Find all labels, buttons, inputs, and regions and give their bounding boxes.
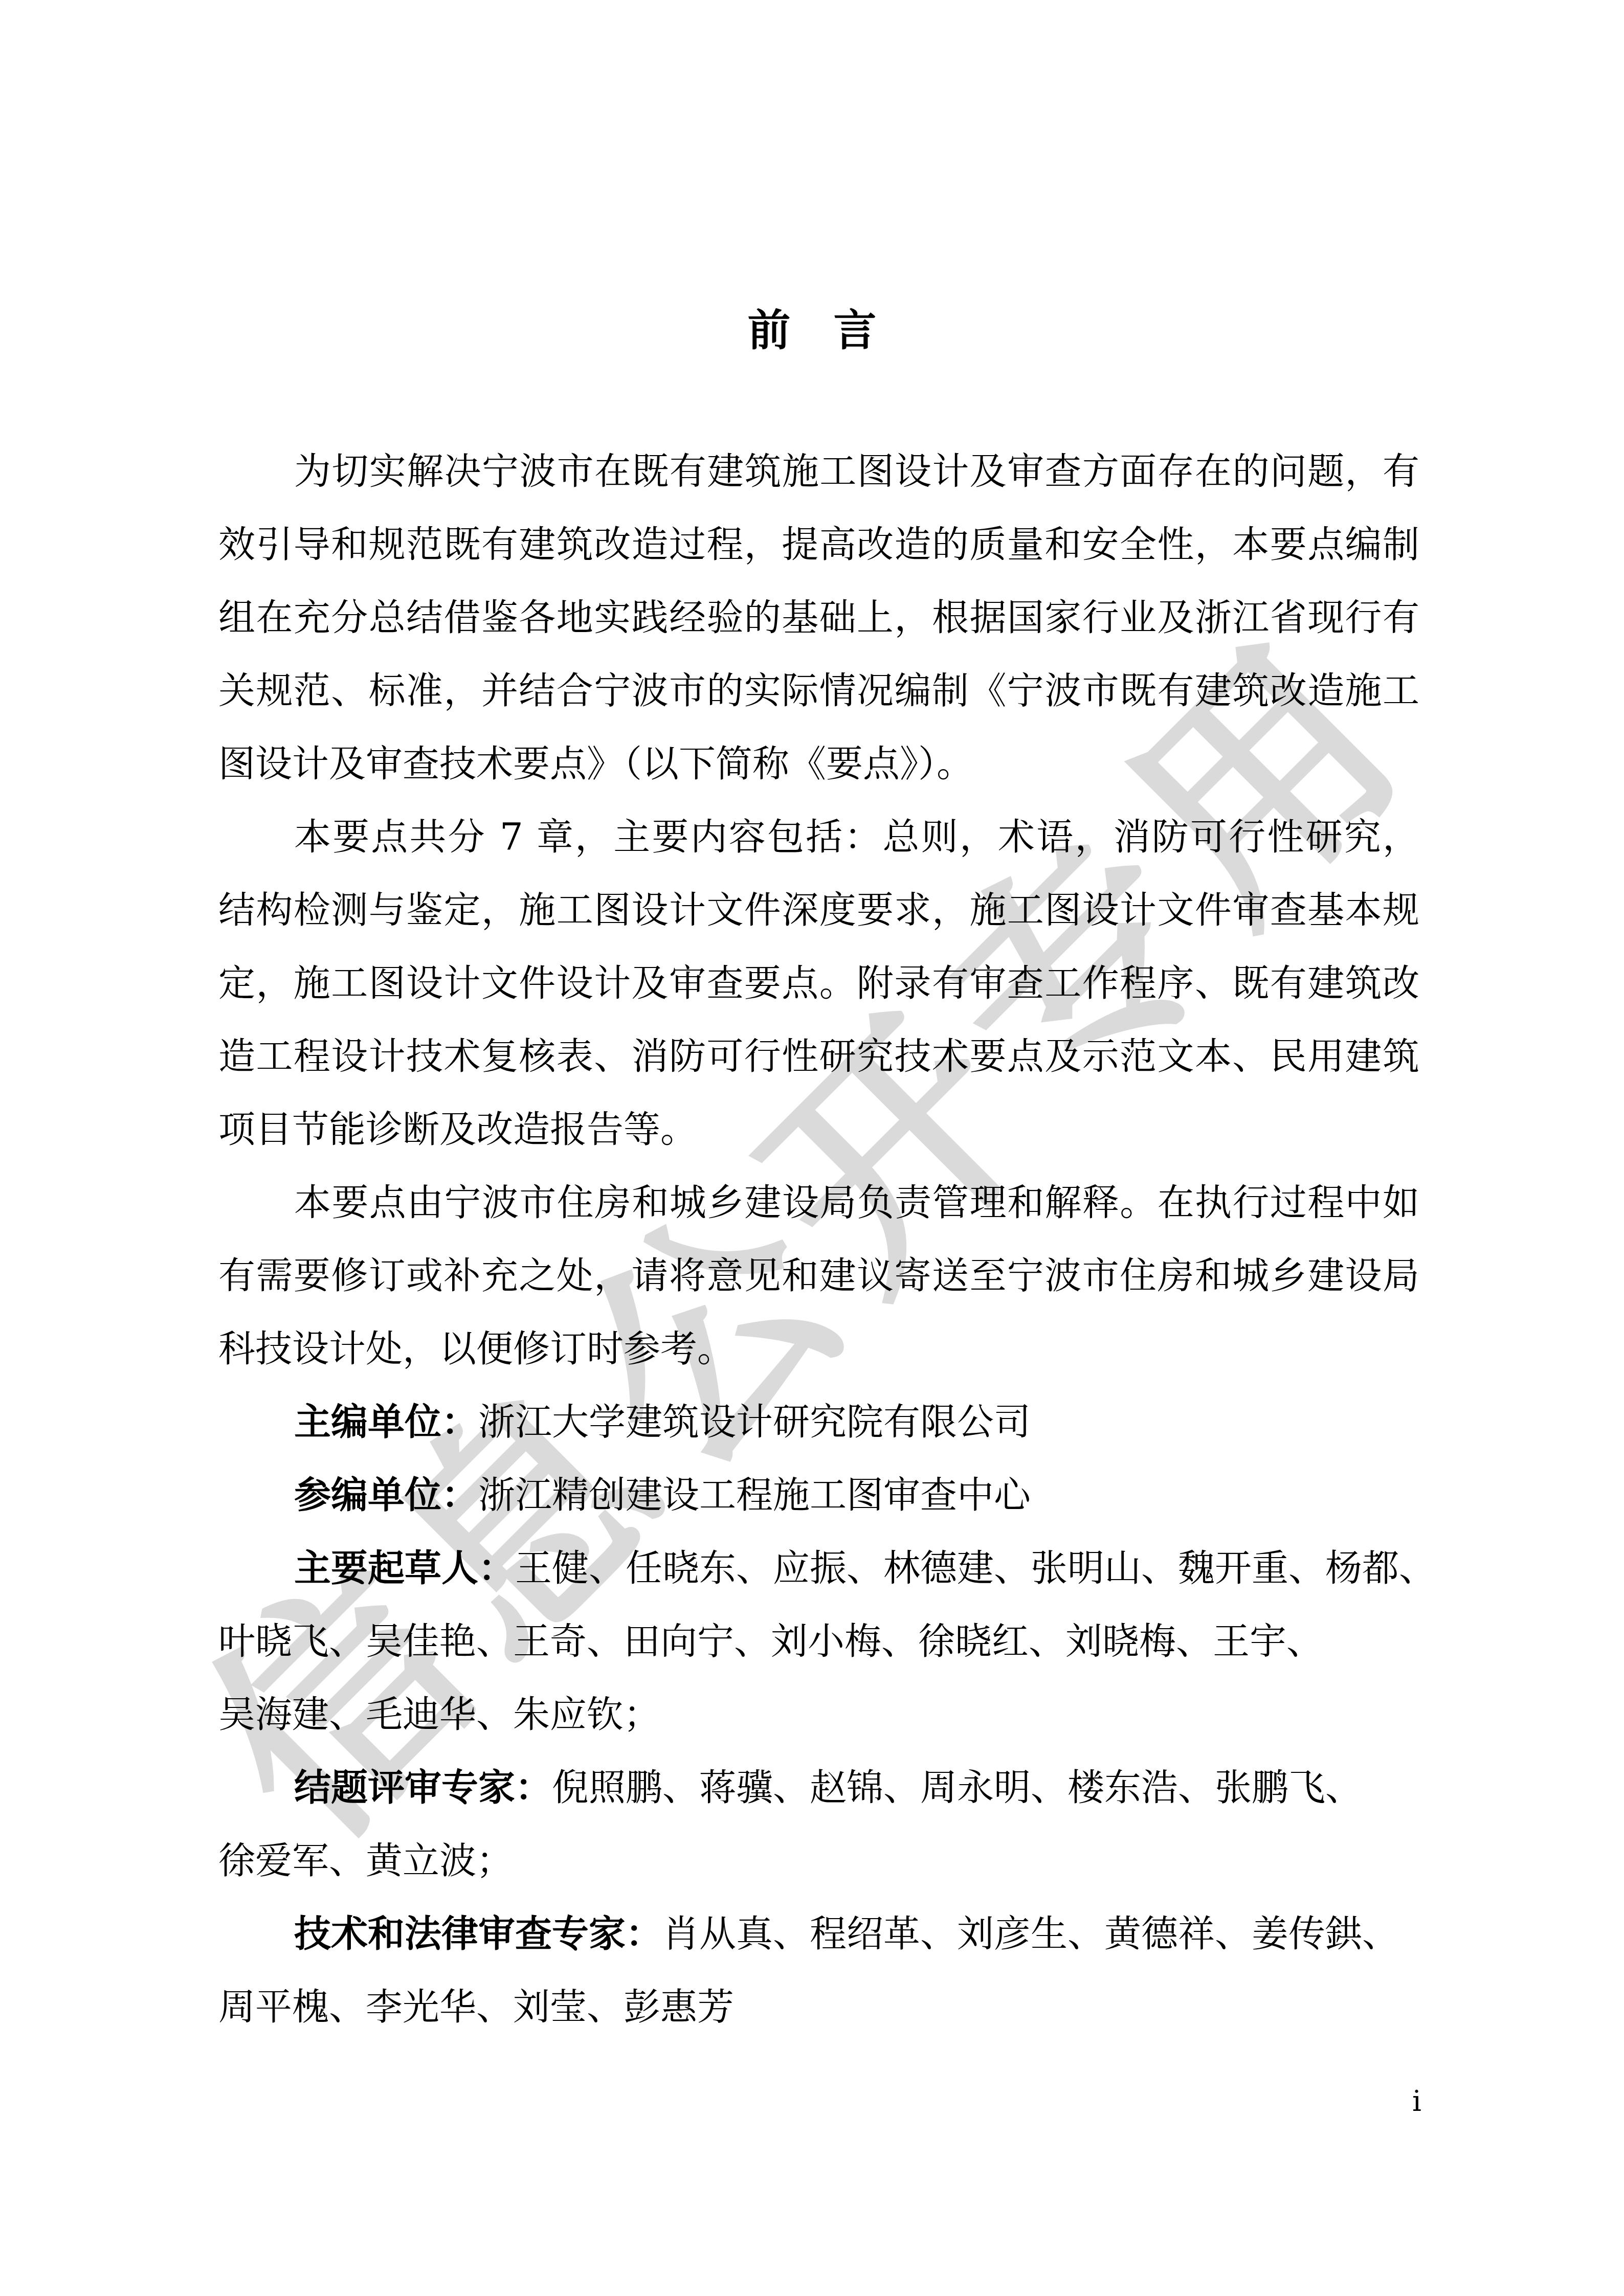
co-editor-label: 参编单位： bbox=[294, 1473, 478, 1516]
drafters-line-1: 主要起草人：王健、任晓东、应振、林德建、张明山、魏开重、杨都、 bbox=[218, 1532, 1419, 1605]
paragraph-2-line-2: 结构检测与鉴定，施工图设计文件深度要求，施工图设计文件审查基本规 bbox=[218, 873, 1419, 947]
chief-editor-line: 主编单位：浙江大学建筑设计研究院有限公司 bbox=[218, 1385, 1419, 1458]
co-editor-line: 参编单位：浙江精创建设工程施工图审查中心 bbox=[218, 1458, 1419, 1532]
final-review-label: 结题评审专家： bbox=[294, 1766, 552, 1809]
paragraph-1-line-4: 关规范、标准，并结合宁波市的实际情况编制《宁波市既有建筑改造施工 bbox=[218, 654, 1419, 727]
drafters-names-1: 王健、任晓东、应振、林德建、张明山、魏开重、杨都、 bbox=[515, 1546, 1436, 1589]
final-review-names-1: 倪照鹏、蒋骥、赵锦、周永明、楼东浩、张鹏飞、 bbox=[552, 1766, 1362, 1809]
chief-editor-value: 浙江大学建筑设计研究院有限公司 bbox=[478, 1400, 1031, 1443]
tech-legal-label: 技术和法律审查专家： bbox=[294, 1912, 662, 1955]
page-number: i bbox=[1401, 2081, 1432, 2122]
final-review-line-1: 结题评审专家：倪照鹏、蒋骥、赵锦、周永明、楼东浩、张鹏飞、 bbox=[218, 1751, 1419, 1824]
paragraph-1-line-2: 效引导和规范既有建筑改造过程，提高改造的质量和安全性，本要点编制 bbox=[218, 508, 1419, 581]
drafters-line-3: 吴海建、毛迪华、朱应钦； bbox=[218, 1678, 1419, 1751]
drafters-label: 主要起草人： bbox=[294, 1546, 515, 1589]
paragraph-3-line-3: 科技设计处，以便修订时参考。 bbox=[218, 1312, 1419, 1385]
tech-legal-names-1: 肖从真、程绍革、刘彦生、黄德祥、姜传鉷、 bbox=[662, 1912, 1399, 1955]
paragraph-2-line-1: 本要点共分 7 章，主要内容包括：总则，术语，消防可行性研究， bbox=[218, 800, 1419, 873]
final-review-line-2: 徐爱军、黄立波； bbox=[218, 1824, 1419, 1897]
paragraph-1-line-1: 为切实解决宁波市在既有建筑施工图设计及审查方面存在的问题，有 bbox=[218, 435, 1419, 508]
paragraph-2-line-5: 项目节能诊断及改造报告等。 bbox=[218, 1093, 1419, 1166]
paragraph-2-line-3: 定，施工图设计文件设计及审查要点。附录有审查工作程序、既有建筑改 bbox=[218, 947, 1419, 1020]
paragraph-3-line-2: 有需要修订或补充之处，请将意见和建议寄送至宁波市住房和城乡建设局 bbox=[218, 1239, 1419, 1312]
paragraph-1-line-3: 组在充分总结借鉴各地实践经验的基础上，根据国家行业及浙江省现行有 bbox=[218, 581, 1419, 654]
co-editor-value: 浙江精创建设工程施工图审查中心 bbox=[478, 1473, 1031, 1516]
paragraph-1-line-5: 图设计及审查技术要点》（以下简称《要点》）。 bbox=[218, 727, 1419, 800]
paragraph-3-line-1: 本要点由宁波市住房和城乡建设局负责管理和解释。在执行过程中如 bbox=[218, 1166, 1419, 1239]
tech-legal-line-1: 技术和法律审查专家：肖从真、程绍革、刘彦生、黄德祥、姜传鉷、 bbox=[218, 1897, 1419, 1970]
tech-legal-line-2: 周平槐、李光华、刘莹、彭惠芳 bbox=[218, 1970, 1419, 2043]
drafters-line-2: 叶晓飞、吴佳艳、王奇、田向宁、刘小梅、徐晓红、刘晓梅、王宇、 bbox=[218, 1605, 1419, 1678]
page-title: 前言 bbox=[0, 305, 1624, 356]
paragraph-2-line-4: 造工程设计技术复核表、消防可行性研究技术要点及示范文本、民用建筑 bbox=[218, 1020, 1419, 1093]
chief-editor-label: 主编单位： bbox=[294, 1400, 478, 1443]
preface-body: 为切实解决宁波市在既有建筑施工图设计及审查方面存在的问题，有 效引导和规范既有建… bbox=[218, 435, 1419, 2043]
